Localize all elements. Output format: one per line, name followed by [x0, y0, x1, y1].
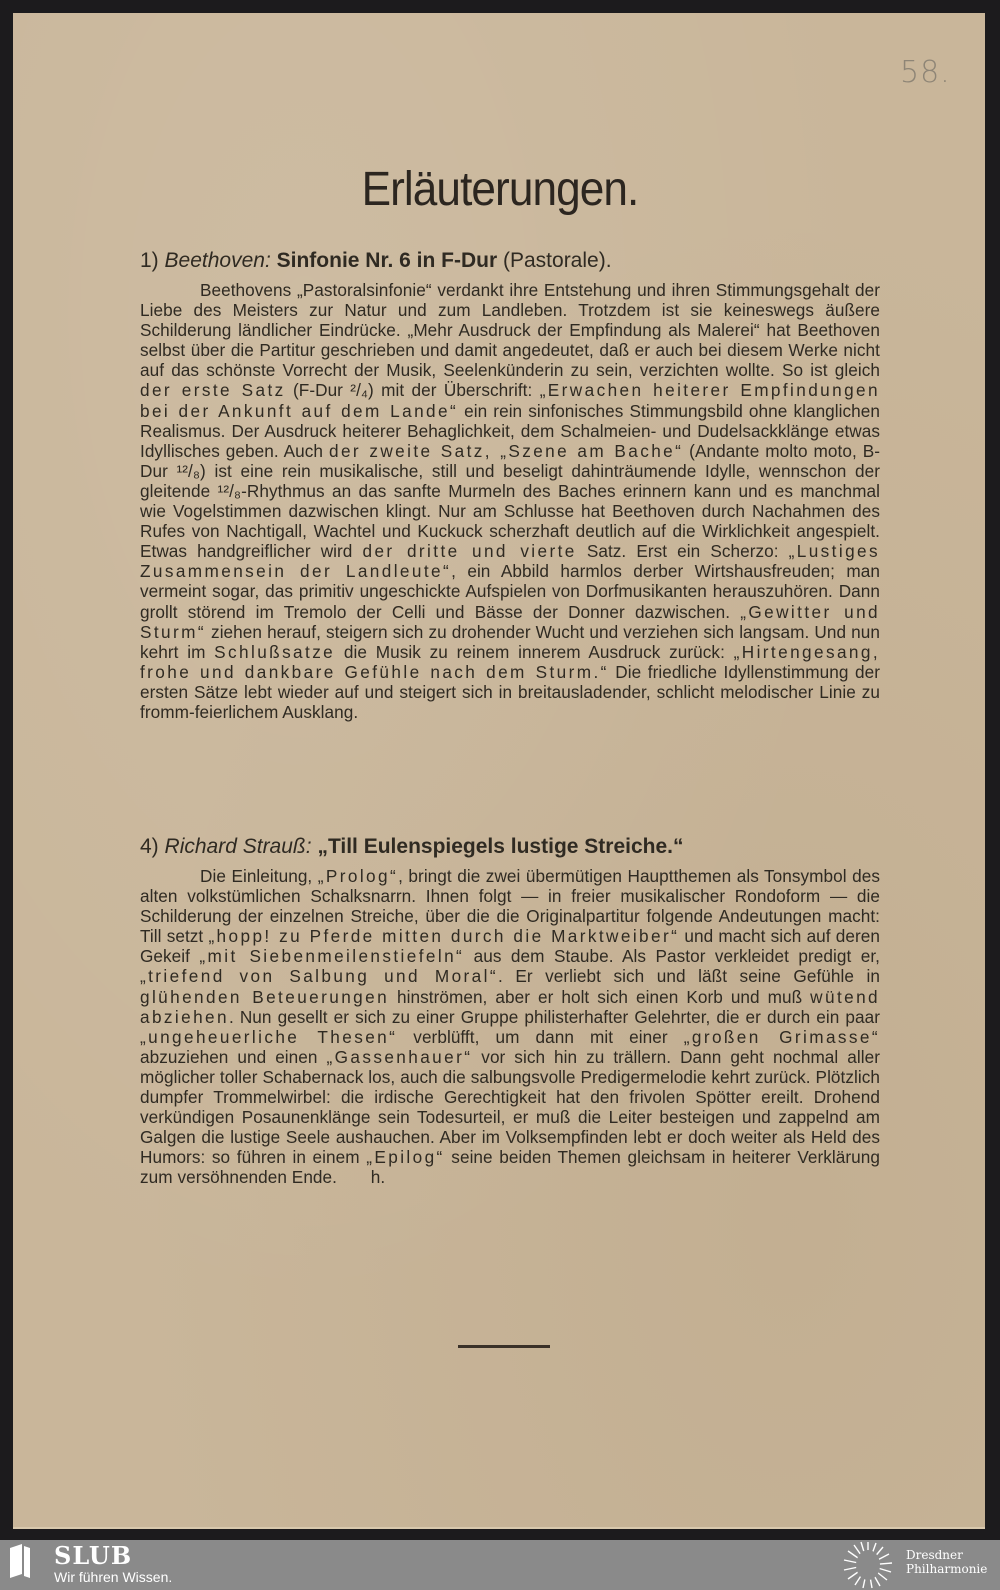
section-body: Beethovens „Pastoralsinfonie“ verdankt i…	[140, 280, 880, 722]
section-strauss: 4) Richard Strauß: „Till Eulenspiegels l…	[140, 832, 880, 1188]
library-name: SLUB	[54, 1541, 132, 1570]
work-subtitle: (Pastorale).	[503, 249, 612, 272]
section-beethoven: 1) Beethoven: Sinfonie Nr. 6 in F-Dur (P…	[140, 246, 880, 722]
page-title: Erläuterungen.	[40, 162, 960, 217]
partner-name: Dresdner Philharmonie	[906, 1548, 987, 1576]
document-page	[13, 13, 985, 1529]
footer-bar: SLUB Wir führen Wissen. Dresdner Philhar…	[0, 1540, 1000, 1590]
work-title: „Till Eulenspiegels lustige Streiche.“	[317, 835, 683, 858]
section-heading: 4) Richard Strauß: „Till Eulenspiegels l…	[140, 832, 880, 862]
composer-name: Beethoven:	[165, 249, 271, 272]
paragraph: Die Einleitung, „Prolog“, bringt die zwe…	[140, 866, 880, 1188]
slub-book-icon	[8, 1544, 32, 1580]
section-number: 4)	[140, 835, 159, 858]
library-tagline: Wir führen Wissen.	[54, 1569, 172, 1585]
paragraph: Beethovens „Pastoralsinfonie“ verdankt i…	[140, 280, 880, 722]
section-body: Die Einleitung, „Prolog“, bringt die zwe…	[140, 866, 880, 1188]
philharmonie-sunburst-icon	[843, 1541, 893, 1589]
section-number: 1)	[140, 249, 159, 272]
work-title: Sinfonie Nr. 6 in F-Dur	[277, 249, 498, 272]
author-signature: h.	[371, 1167, 385, 1187]
section-heading: 1) Beethoven: Sinfonie Nr. 6 in F-Dur (P…	[140, 246, 880, 276]
page-number: 58.	[900, 55, 951, 90]
composer-name: Richard Strauß:	[165, 835, 312, 858]
end-divider	[458, 1345, 550, 1348]
